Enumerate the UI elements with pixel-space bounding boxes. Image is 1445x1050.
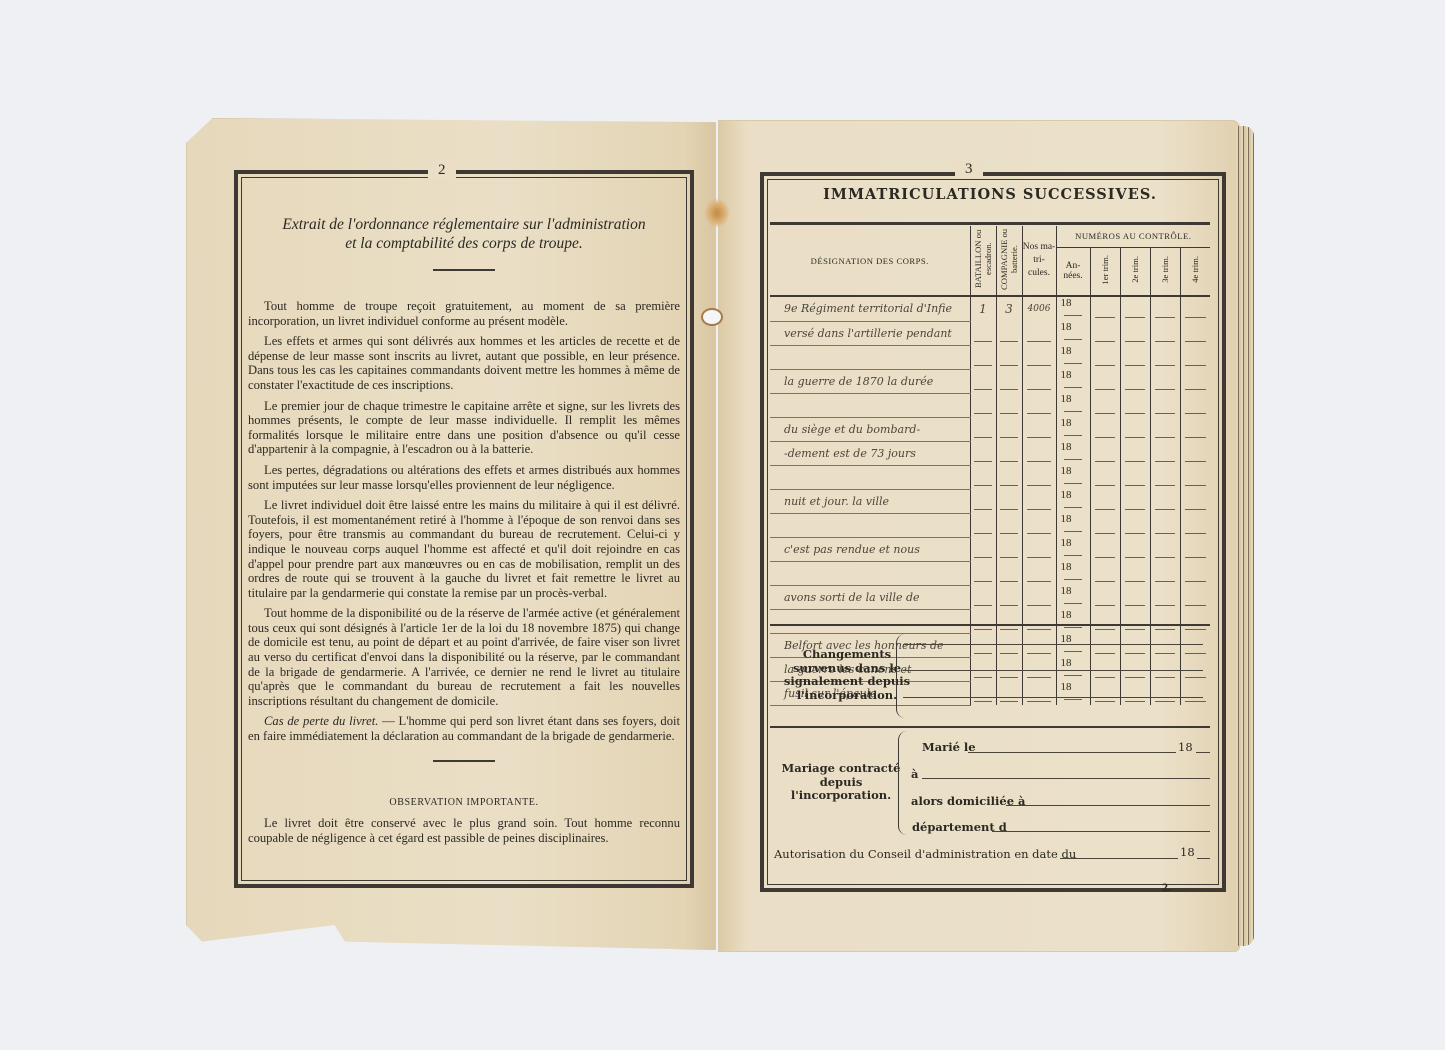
blank-line xyxy=(1125,557,1145,558)
blank-line xyxy=(1155,413,1175,414)
compagnie-cell[interactable] xyxy=(996,681,1022,705)
trim3-cell[interactable] xyxy=(1150,561,1180,585)
header-bataillon: BATAILLON ou escadron. xyxy=(970,226,996,296)
trim1-cell[interactable] xyxy=(1090,296,1120,321)
blank-line xyxy=(1095,461,1115,462)
year-prefix: 18 xyxy=(1061,465,1072,477)
blank-line xyxy=(1027,509,1050,510)
trim4-cell[interactable] xyxy=(1180,633,1210,657)
blank-line xyxy=(1125,677,1145,678)
bataillon-cell[interactable] xyxy=(970,681,996,705)
trim1-cell[interactable] xyxy=(1090,369,1120,393)
trim1-cell[interactable] xyxy=(1090,633,1120,657)
blank-line xyxy=(1095,509,1115,510)
annee-cell[interactable]: 18 xyxy=(1056,657,1090,681)
blank-line xyxy=(1125,485,1145,486)
left-page-text: Extrait de l'ordonnance réglementaire su… xyxy=(248,215,680,851)
annee-cell[interactable]: 18 xyxy=(1056,441,1090,465)
blank-line xyxy=(974,629,992,630)
table-row: 18 xyxy=(770,513,1210,537)
trim3-cell[interactable] xyxy=(1150,681,1180,705)
blank-line xyxy=(1095,437,1115,438)
trim1-cell[interactable] xyxy=(1090,585,1120,609)
trim2-cell[interactable] xyxy=(1120,369,1150,393)
matricule-cell[interactable] xyxy=(1022,345,1056,369)
married-year-field[interactable] xyxy=(1196,752,1210,753)
trim1-cell[interactable] xyxy=(1090,609,1120,633)
marriage-place-field[interactable] xyxy=(922,778,1210,779)
blank-line xyxy=(1000,341,1018,342)
matricule-cell[interactable] xyxy=(1022,681,1056,705)
blank-line xyxy=(1155,557,1175,558)
trim2-cell[interactable] xyxy=(1120,585,1150,609)
blank-line xyxy=(1095,629,1115,630)
table-row: 18 xyxy=(770,609,1210,633)
trim1-cell[interactable] xyxy=(1090,657,1120,681)
blank-line xyxy=(1095,701,1115,702)
annee-cell[interactable]: 18 xyxy=(1056,561,1090,585)
year-prefix: 18 xyxy=(1061,657,1072,669)
paragraph: Tout homme de la disponibilité ou de la … xyxy=(248,606,680,708)
blank-line xyxy=(1125,437,1145,438)
trim1-cell[interactable] xyxy=(1090,441,1120,465)
compagnie-cell[interactable] xyxy=(996,657,1022,681)
blank-line xyxy=(1185,317,1206,318)
blank-line xyxy=(1000,437,1018,438)
trim4-cell[interactable] xyxy=(1180,465,1210,489)
bataillon-cell[interactable] xyxy=(970,321,996,345)
compagnie-cell[interactable] xyxy=(996,513,1022,537)
blank-line xyxy=(1027,413,1050,414)
section-rule xyxy=(770,624,1210,626)
blank-line xyxy=(1125,389,1145,390)
compagnie-cell[interactable] xyxy=(996,561,1022,585)
matricule-cell[interactable]: 4006 xyxy=(1022,296,1056,321)
blank-line xyxy=(1155,701,1175,702)
blank-line xyxy=(974,557,992,558)
header-trim4: 4e trim. xyxy=(1180,247,1210,296)
trim4-cell[interactable] xyxy=(1180,417,1210,441)
compagnie-cell[interactable] xyxy=(996,441,1022,465)
blank-line xyxy=(1000,413,1018,414)
blank-line xyxy=(1095,557,1115,558)
blank-line xyxy=(1185,389,1206,390)
designation-cell[interactable]: versé dans l'artillerie pendant xyxy=(770,321,970,345)
bataillon-cell[interactable] xyxy=(970,513,996,537)
blank-line xyxy=(1125,365,1145,366)
blank-line xyxy=(1064,531,1082,532)
blank-line xyxy=(1125,653,1145,654)
loss-paragraph: Cas de perte du livret. — L'homme qui pe… xyxy=(248,714,680,743)
matricule-cell[interactable] xyxy=(1022,393,1056,417)
trim4-cell[interactable] xyxy=(1180,561,1210,585)
matricule-cell[interactable] xyxy=(1022,513,1056,537)
trim2-cell[interactable] xyxy=(1120,489,1150,513)
authorization-label: Autorisation du Conseil d'administration… xyxy=(774,847,1076,861)
compagnie-cell[interactable] xyxy=(996,321,1022,345)
annee-cell[interactable]: 18 xyxy=(1056,417,1090,441)
matricule-cell[interactable] xyxy=(1022,321,1056,345)
bataillon-cell[interactable] xyxy=(970,369,996,393)
year-prefix: 18 xyxy=(1061,417,1072,429)
blank-line xyxy=(974,437,992,438)
trim2-cell[interactable] xyxy=(1120,681,1150,705)
trim4-cell[interactable] xyxy=(1180,513,1210,537)
trim3-cell[interactable] xyxy=(1150,537,1180,561)
blank-line xyxy=(1185,581,1206,582)
designation-cell[interactable] xyxy=(770,465,970,489)
department-field[interactable] xyxy=(992,831,1210,832)
blank-line xyxy=(1027,653,1050,654)
trim1-cell[interactable] xyxy=(1090,345,1120,369)
blank-line xyxy=(1064,675,1082,676)
bataillon-cell[interactable] xyxy=(970,393,996,417)
blank-line xyxy=(1064,363,1082,364)
matricule-cell[interactable] xyxy=(1022,657,1056,681)
year-prefix: 18 xyxy=(1061,321,1072,333)
married-year-prefix: 18 xyxy=(1178,740,1193,754)
authorization-year-prefix: 18 xyxy=(1180,845,1195,859)
brace xyxy=(896,634,905,718)
blank-line xyxy=(1000,461,1018,462)
table-row: la guerre de 1870 la durée18 xyxy=(770,369,1210,393)
page-number-left: 2 xyxy=(428,162,456,179)
blank-line xyxy=(1027,461,1050,462)
header-trim1: 1er trim. xyxy=(1090,247,1120,296)
changes-line-3[interactable] xyxy=(903,697,1203,698)
trim1-cell[interactable] xyxy=(1090,489,1120,513)
designation-cell[interactable]: la guerre de 1870 la durée xyxy=(770,369,970,393)
annee-cell[interactable]: 18 xyxy=(1056,465,1090,489)
blank-line xyxy=(1095,677,1115,678)
bataillon-cell[interactable]: 1 xyxy=(970,296,996,321)
trim4-cell[interactable] xyxy=(1180,369,1210,393)
compagnie-cell[interactable] xyxy=(996,465,1022,489)
blank-line xyxy=(1155,365,1175,366)
compagnie-cell[interactable] xyxy=(996,489,1022,513)
changes-line-2[interactable] xyxy=(903,670,1203,671)
bataillon-cell[interactable] xyxy=(970,537,996,561)
compagnie-cell[interactable] xyxy=(996,369,1022,393)
header-trim3: 3e trim. xyxy=(1150,247,1180,296)
compagnie-cell[interactable] xyxy=(996,537,1022,561)
trim4-cell[interactable] xyxy=(1180,345,1210,369)
authorization-date-field[interactable] xyxy=(1060,858,1178,859)
trim1-cell[interactable] xyxy=(1090,513,1120,537)
blank-line xyxy=(1027,629,1050,630)
blank-line xyxy=(1125,605,1145,606)
table-row: avons sorti de la ville de18 xyxy=(770,585,1210,609)
blank-line xyxy=(1095,581,1115,582)
trim4-cell[interactable] xyxy=(1180,441,1210,465)
blank-line xyxy=(1064,651,1082,652)
title-rule xyxy=(433,269,495,271)
blank-line xyxy=(1095,413,1115,414)
annee-cell[interactable]: 18 xyxy=(1056,681,1090,705)
blank-line xyxy=(1155,533,1175,534)
designation-cell[interactable]: nuit et jour. la ville xyxy=(770,489,970,513)
trim2-cell[interactable] xyxy=(1120,537,1150,561)
paragraph: Les pertes, dégradations ou altérations … xyxy=(248,463,680,492)
designation-cell[interactable]: 9e Régiment territorial d'Infie xyxy=(770,296,970,321)
blank-line xyxy=(1000,485,1018,486)
year-prefix: 18 xyxy=(1061,441,1072,453)
matricule-cell[interactable] xyxy=(1022,369,1056,393)
blank-line xyxy=(1000,581,1018,582)
left-page-title: Extrait de l'ordonnance réglementaire su… xyxy=(248,215,680,253)
trim2-cell[interactable] xyxy=(1120,345,1150,369)
blank-line xyxy=(1125,701,1145,702)
designation-cell[interactable] xyxy=(770,561,970,585)
blank-line xyxy=(1095,653,1115,654)
trim1-cell[interactable] xyxy=(1090,681,1120,705)
designation-cell[interactable] xyxy=(770,513,970,537)
compagnie-cell[interactable] xyxy=(996,609,1022,633)
designation-cell[interactable] xyxy=(770,345,970,369)
table-row: 18 xyxy=(770,465,1210,489)
blank-line xyxy=(1155,389,1175,390)
blank-line xyxy=(1064,699,1082,700)
designation-cell[interactable]: du siège et du bombard- xyxy=(770,417,970,441)
annee-cell[interactable]: 18 xyxy=(1056,345,1090,369)
page-number-right: 3 xyxy=(955,161,983,178)
trim3-cell[interactable] xyxy=(1150,369,1180,393)
trim1-cell[interactable] xyxy=(1090,417,1120,441)
changes-label: Changements survenus dans le signalement… xyxy=(782,648,912,702)
trim4-cell[interactable] xyxy=(1180,585,1210,609)
compagnie-cell[interactable] xyxy=(996,585,1022,609)
brace xyxy=(898,731,907,835)
matricule-cell[interactable] xyxy=(1022,465,1056,489)
matricule-cell[interactable] xyxy=(1022,609,1056,633)
blank-line xyxy=(1125,509,1145,510)
blank-line xyxy=(1125,533,1145,534)
year-prefix: 18 xyxy=(1061,297,1072,309)
blank-line xyxy=(1185,437,1206,438)
trim3-cell[interactable] xyxy=(1150,345,1180,369)
blank-line xyxy=(1064,555,1082,556)
year-prefix: 18 xyxy=(1061,513,1072,525)
trim2-cell[interactable] xyxy=(1120,513,1150,537)
blank-line xyxy=(1064,411,1082,412)
trim2-cell[interactable] xyxy=(1120,609,1150,633)
annee-cell[interactable]: 18 xyxy=(1056,633,1090,657)
blank-line xyxy=(974,365,992,366)
trim4-cell[interactable] xyxy=(1180,657,1210,681)
blank-line xyxy=(1185,485,1206,486)
matricule-cell[interactable] xyxy=(1022,585,1056,609)
blank-line xyxy=(1185,413,1206,414)
trim2-cell[interactable] xyxy=(1120,321,1150,345)
annee-cell[interactable]: 18 xyxy=(1056,296,1090,321)
trim3-cell[interactable] xyxy=(1150,633,1180,657)
blank-line xyxy=(974,581,992,582)
authorization-year-field[interactable] xyxy=(1197,858,1210,859)
bataillon-cell[interactable] xyxy=(970,561,996,585)
blank-line xyxy=(1125,341,1145,342)
blank-line xyxy=(1064,459,1082,460)
bataillon-cell[interactable] xyxy=(970,441,996,465)
year-prefix: 18 xyxy=(1061,489,1072,501)
bataillon-cell[interactable] xyxy=(970,633,996,657)
header-matricules: Nos ma- tri- cules. xyxy=(1022,226,1056,296)
blank-line xyxy=(1095,365,1115,366)
trim3-cell[interactable] xyxy=(1150,489,1180,513)
blank-line xyxy=(1064,387,1082,388)
trim4-cell[interactable] xyxy=(1180,489,1210,513)
compagnie-cell[interactable]: 3 xyxy=(996,296,1022,321)
blank-line xyxy=(974,461,992,462)
bataillon-cell[interactable] xyxy=(970,465,996,489)
annee-cell[interactable]: 18 xyxy=(1056,369,1090,393)
blank-line xyxy=(1185,341,1206,342)
page-edges xyxy=(1236,126,1254,946)
designation-cell[interactable] xyxy=(770,393,970,417)
trim3-cell[interactable] xyxy=(1150,321,1180,345)
designation-cell[interactable]: avons sorti de la ville de xyxy=(770,585,970,609)
section-rule xyxy=(433,760,495,762)
table-row: 18 xyxy=(770,345,1210,369)
trim3-cell[interactable] xyxy=(1150,441,1180,465)
blank-line xyxy=(1000,365,1018,366)
designation-cell[interactable] xyxy=(770,609,970,633)
compagnie-cell[interactable] xyxy=(996,417,1022,441)
trim1-cell[interactable] xyxy=(1090,393,1120,417)
blank-line xyxy=(1095,485,1115,486)
blank-line xyxy=(1155,509,1175,510)
domicile-field[interactable] xyxy=(1006,805,1210,806)
annee-cell[interactable]: 18 xyxy=(1056,489,1090,513)
designation-cell[interactable]: -dement est de 73 jours xyxy=(770,441,970,465)
blank-line xyxy=(1125,581,1145,582)
annee-cell[interactable]: 18 xyxy=(1056,393,1090,417)
blank-line xyxy=(1000,557,1018,558)
blank-line xyxy=(974,413,992,414)
trim3-cell[interactable] xyxy=(1150,513,1180,537)
blank-line xyxy=(1064,627,1082,628)
blank-line xyxy=(1185,653,1206,654)
blank-line xyxy=(1155,341,1175,342)
designation-cell[interactable]: c'est pas rendue et nous xyxy=(770,537,970,561)
blank-line xyxy=(1000,677,1018,678)
blank-line xyxy=(1000,629,1018,630)
trim2-cell[interactable] xyxy=(1120,393,1150,417)
blank-line xyxy=(1095,605,1115,606)
trim4-cell[interactable] xyxy=(1180,296,1210,321)
paragraph: Le livret individuel doit être laissé en… xyxy=(248,498,680,600)
trim4-cell[interactable] xyxy=(1180,681,1210,705)
blank-line xyxy=(974,509,992,510)
annee-cell[interactable]: 18 xyxy=(1056,513,1090,537)
matricule-cell[interactable] xyxy=(1022,561,1056,585)
trim4-cell[interactable] xyxy=(1180,393,1210,417)
blank-line xyxy=(1185,509,1206,510)
trim2-cell[interactable] xyxy=(1120,417,1150,441)
year-prefix: 18 xyxy=(1061,369,1072,381)
trim2-cell[interactable] xyxy=(1120,296,1150,321)
matricule-cell[interactable] xyxy=(1022,537,1056,561)
trim2-cell[interactable] xyxy=(1120,633,1150,657)
trim3-cell[interactable] xyxy=(1150,585,1180,609)
trim2-cell[interactable] xyxy=(1120,657,1150,681)
trim3-cell[interactable] xyxy=(1150,296,1180,321)
bataillon-cell[interactable] xyxy=(970,345,996,369)
bataillon-cell[interactable] xyxy=(970,489,996,513)
table-row: c'est pas rendue et nous18 xyxy=(770,537,1210,561)
trim4-cell[interactable] xyxy=(1180,321,1210,345)
trim1-cell[interactable] xyxy=(1090,537,1120,561)
blank-line xyxy=(1185,629,1206,630)
bataillon-cell[interactable] xyxy=(970,585,996,609)
blank-line xyxy=(1000,509,1018,510)
compagnie-cell[interactable] xyxy=(996,393,1022,417)
trim4-cell[interactable] xyxy=(1180,537,1210,561)
trim2-cell[interactable] xyxy=(1120,561,1150,585)
bataillon-cell[interactable] xyxy=(970,417,996,441)
trim3-cell[interactable] xyxy=(1150,393,1180,417)
blank-line xyxy=(1000,605,1018,606)
trim3-cell[interactable] xyxy=(1150,417,1180,441)
section-rule xyxy=(770,726,1210,728)
blank-line xyxy=(1000,653,1018,654)
blank-line xyxy=(974,485,992,486)
register-title: IMMATRICULATIONS SUCCESSIVES. xyxy=(770,186,1210,203)
blank-line xyxy=(1185,557,1206,558)
bataillon-cell[interactable] xyxy=(970,657,996,681)
trim3-cell[interactable] xyxy=(1150,657,1180,681)
trim3-cell[interactable] xyxy=(1150,609,1180,633)
observation-text: Le livret doit être conservé avec le plu… xyxy=(248,816,680,845)
annee-cell[interactable]: 18 xyxy=(1056,609,1090,633)
blank-line xyxy=(974,605,992,606)
trim1-cell[interactable] xyxy=(1090,465,1120,489)
changes-line-1[interactable] xyxy=(903,644,1203,645)
compagnie-cell[interactable] xyxy=(996,633,1022,657)
trim2-cell[interactable] xyxy=(1120,465,1150,489)
matricule-cell[interactable] xyxy=(1022,441,1056,465)
annee-cell[interactable]: 18 xyxy=(1056,585,1090,609)
married-on-field[interactable] xyxy=(968,752,1176,753)
blank-line xyxy=(974,389,992,390)
matricule-cell[interactable] xyxy=(1022,417,1056,441)
year-prefix: 18 xyxy=(1061,393,1072,405)
bataillon-cell[interactable] xyxy=(970,609,996,633)
blank-line xyxy=(1095,341,1115,342)
trim3-cell[interactable] xyxy=(1150,465,1180,489)
header-numeros-controle: NUMÉROS AU CONTRÔLE. xyxy=(1056,226,1210,247)
blank-line xyxy=(1027,701,1050,702)
compagnie-cell[interactable] xyxy=(996,345,1022,369)
blank-line xyxy=(1125,413,1145,414)
title-rule xyxy=(770,222,1210,225)
trim2-cell[interactable] xyxy=(1120,441,1150,465)
matricule-cell[interactable] xyxy=(1022,489,1056,513)
blank-line xyxy=(1000,389,1018,390)
matricule-cell[interactable] xyxy=(1022,633,1056,657)
header-compagnie: COMPAGNIE ou batterie. xyxy=(996,226,1022,296)
year-prefix: 18 xyxy=(1061,537,1072,549)
annee-cell[interactable]: 18 xyxy=(1056,537,1090,561)
observation-title: OBSERVATION IMPORTANTE. xyxy=(248,796,680,811)
annee-cell[interactable]: 18 xyxy=(1056,321,1090,345)
blank-line xyxy=(1125,629,1145,630)
trim1-cell[interactable] xyxy=(1090,321,1120,345)
blank-line xyxy=(974,341,992,342)
trim4-cell[interactable] xyxy=(1180,609,1210,633)
trim1-cell[interactable] xyxy=(1090,561,1120,585)
blank-line xyxy=(1125,461,1145,462)
paragraph: Tout homme de troupe reçoit gratuitement… xyxy=(248,299,680,328)
